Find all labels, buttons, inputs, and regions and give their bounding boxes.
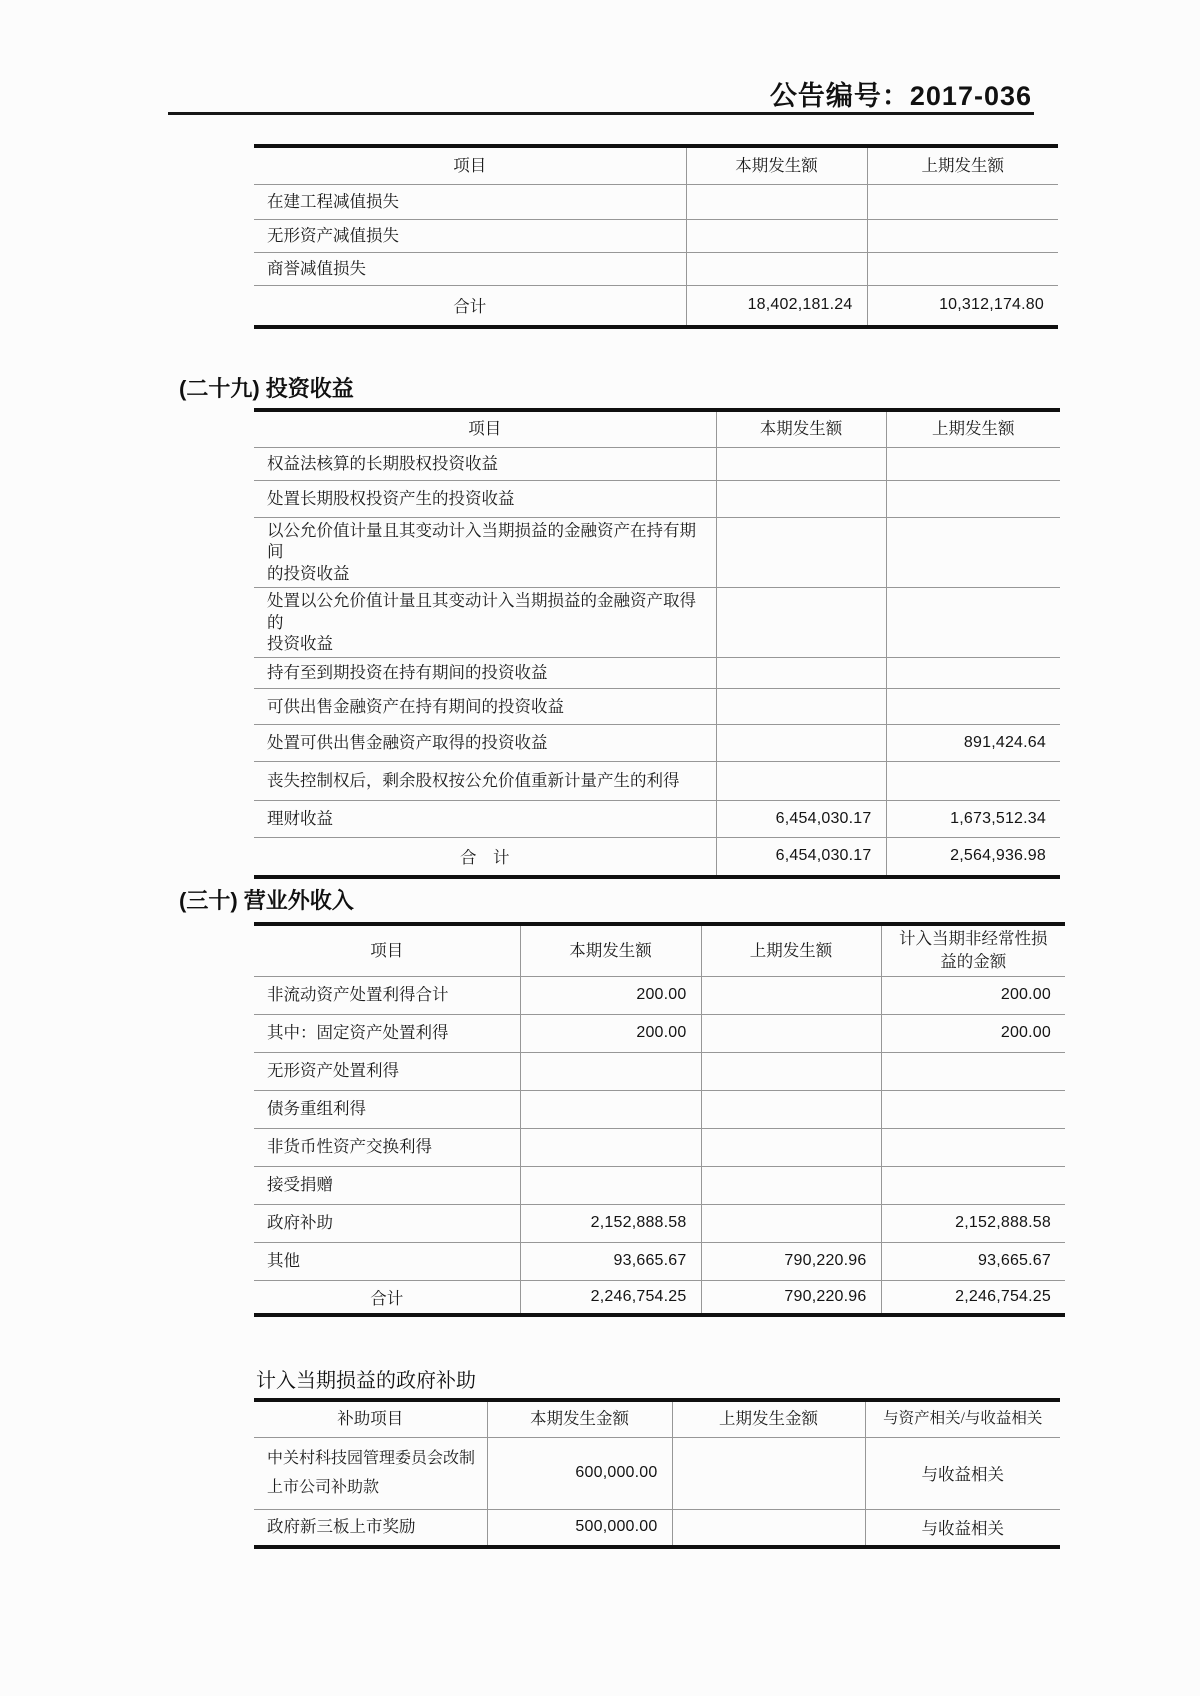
item-cell: 丧失控制权后，剩余股权按公允价值重新计量产生的利得 [254, 762, 716, 801]
amount-current-cell [716, 587, 886, 657]
total-prior-cell: 2,564,936.98 [886, 838, 1060, 877]
table-row: 以公允价值计量且其变动计入当期损益的金融资产在持有期间 的投资收益 [254, 517, 1060, 587]
total-current-cell: 2,246,754.25 [520, 1280, 701, 1315]
table-row: 其他 93,665.67 790,220.96 93,665.67 [254, 1242, 1065, 1280]
investment-income-table: 项目 本期发生额 上期发生额 权益法核算的长期股权投资收益 处置长期股权投资产生… [254, 408, 1060, 879]
column-header-prior: 上期发生额 [886, 410, 1060, 447]
table-header-row: 项目 本期发生额 上期发生额 计入当期非经常性损 益的金额 [254, 924, 1065, 976]
item-cell: 商誉减值损失 [254, 252, 686, 285]
item-cell: 其他 [254, 1242, 520, 1280]
amount-prior-cell: 790,220.96 [701, 1242, 881, 1280]
amount-prior-cell [886, 762, 1060, 801]
nonoperating-income-table: 项目 本期发生额 上期发生额 计入当期非经常性损 益的金额 非流动资产处置利得合… [254, 922, 1065, 1317]
amount-current-cell: 200.00 [520, 976, 701, 1014]
total-current-cell: 18,402,181.24 [686, 285, 867, 327]
amount-current-cell: 93,665.67 [520, 1242, 701, 1280]
amount-current-cell [716, 658, 886, 689]
item-cell: 中关村科技园管理委员会改制 上市公司补助款 [254, 1437, 487, 1509]
amount-prior-cell [886, 517, 1060, 587]
amount-current-cell [716, 480, 886, 517]
table-row: 无形资产处置利得 [254, 1052, 1065, 1090]
item-cell: 持有至到期投资在持有期间的投资收益 [254, 658, 716, 689]
item-cell: 处置可供出售金融资产取得的投资收益 [254, 725, 716, 762]
column-header-nonrecurring: 计入当期非经常性损 益的金额 [881, 924, 1065, 976]
amount-current-cell [716, 447, 886, 480]
table-row: 政府补助 2,152,888.58 2,152,888.58 [254, 1204, 1065, 1242]
column-header-current: 本期发生额 [686, 146, 867, 184]
amount-current-cell [686, 219, 867, 252]
amount-prior-cell [886, 658, 1060, 689]
column-header-current: 本期发生额 [716, 410, 886, 447]
total-prior-cell: 790,220.96 [701, 1280, 881, 1315]
amount-current-cell [716, 517, 886, 587]
announcement-number: 公告编号：2017-036 [0, 74, 1032, 113]
total-current-cell: 6,454,030.17 [716, 838, 886, 877]
total-label-cell: 合计 [254, 285, 686, 327]
table-row: 其中：固定资产处置利得 200.00 200.00 [254, 1014, 1065, 1052]
relation-cell: 与收益相关 [865, 1437, 1060, 1509]
amount-current-cell [520, 1166, 701, 1204]
column-header-relation: 与资产相关/与收益相关 [865, 1400, 1060, 1437]
item-cell: 政府新三板上市奖励 [254, 1509, 487, 1547]
total-label-cell: 合计 [254, 1280, 520, 1315]
table-header-row: 项目 本期发生额 上期发生额 [254, 146, 1058, 184]
amount-nonrecurring-cell [881, 1052, 1065, 1090]
column-header-current: 本期发生额 [520, 924, 701, 976]
table-row: 接受捐赠 [254, 1166, 1065, 1204]
item-cell: 处置以公允价值计量且其变动计入当期损益的金融资产取得的 投资收益 [254, 587, 716, 657]
table-row: 中关村科技园管理委员会改制 上市公司补助款 600,000.00 与收益相关 [254, 1437, 1060, 1509]
amount-current-cell: 600,000.00 [487, 1437, 672, 1509]
amount-prior-cell [701, 976, 881, 1014]
amount-prior-cell [886, 447, 1060, 480]
amount-nonrecurring-cell [881, 1166, 1065, 1204]
table-row: 理财收益 6,454,030.17 1,673,512.34 [254, 801, 1060, 838]
amount-prior-cell [701, 1014, 881, 1052]
subsidy-table: 补助项目 本期发生金额 上期发生金额 与资产相关/与收益相关 中关村科技园管理委… [254, 1398, 1060, 1549]
amount-prior-cell [672, 1509, 865, 1547]
amount-prior-cell [886, 587, 1060, 657]
total-nonrecurring-cell: 2,246,754.25 [881, 1280, 1065, 1315]
item-cell: 接受捐赠 [254, 1166, 520, 1204]
item-cell: 可供出售金融资产在持有期间的投资收益 [254, 689, 716, 725]
amount-current-cell [716, 725, 886, 762]
impairment-table: 项目 本期发生额 上期发生额 在建工程减值损失 无形资产减值损失 商誉减值损失 … [254, 144, 1058, 329]
column-header-item: 项目 [254, 924, 520, 976]
table-row: 可供出售金融资产在持有期间的投资收益 [254, 689, 1060, 725]
document-page: 公告编号：2017-036 项目 本期发生额 上期发生额 在建工程减值损失 无形… [0, 0, 1200, 1696]
amount-nonrecurring-cell: 2,152,888.58 [881, 1204, 1065, 1242]
column-header-current: 本期发生金额 [487, 1400, 672, 1437]
amount-current-cell: 200.00 [520, 1014, 701, 1052]
column-header-subsidy-item: 补助项目 [254, 1400, 487, 1437]
item-cell: 债务重组利得 [254, 1090, 520, 1128]
amount-prior-cell [701, 1090, 881, 1128]
amount-nonrecurring-cell [881, 1090, 1065, 1128]
amount-prior-cell [701, 1166, 881, 1204]
amount-current-cell [686, 252, 867, 285]
relation-cell: 与收益相关 [865, 1509, 1060, 1547]
amount-current-cell [520, 1090, 701, 1128]
item-cell: 处置长期股权投资产生的投资收益 [254, 480, 716, 517]
amount-current-cell [520, 1128, 701, 1166]
amount-prior-cell [867, 219, 1058, 252]
amount-current-cell [716, 762, 886, 801]
table-header-row: 项目 本期发生额 上期发生额 [254, 410, 1060, 447]
item-cell: 在建工程减值损失 [254, 184, 686, 219]
amount-prior-cell [701, 1128, 881, 1166]
item-cell: 政府补助 [254, 1204, 520, 1242]
section-title-30: (三十) 营业外收入 [179, 884, 354, 915]
table-row: 处置可供出售金融资产取得的投资收益 891,424.64 [254, 725, 1060, 762]
table-row: 非货币性资产交换利得 [254, 1128, 1065, 1166]
item-cell: 非货币性资产交换利得 [254, 1128, 520, 1166]
table-row: 政府新三板上市奖励 500,000.00 与收益相关 [254, 1509, 1060, 1547]
table-row: 丧失控制权后，剩余股权按公允价值重新计量产生的利得 [254, 762, 1060, 801]
amount-prior-cell [672, 1437, 865, 1509]
total-row: 合 计 6,454,030.17 2,564,936.98 [254, 838, 1060, 877]
amount-prior-cell: 891,424.64 [886, 725, 1060, 762]
item-cell: 权益法核算的长期股权投资收益 [254, 447, 716, 480]
amount-nonrecurring-cell: 200.00 [881, 1014, 1065, 1052]
amount-current-cell: 500,000.00 [487, 1509, 672, 1547]
amount-current-cell: 6,454,030.17 [716, 801, 886, 838]
column-header-prior: 上期发生额 [701, 924, 881, 976]
table-row: 处置以公允价值计量且其变动计入当期损益的金融资产取得的 投资收益 [254, 587, 1060, 657]
table-row: 商誉减值损失 [254, 252, 1058, 285]
column-header-prior: 上期发生额 [867, 146, 1058, 184]
total-label-cell: 合 计 [254, 838, 716, 877]
table-row: 权益法核算的长期股权投资收益 [254, 447, 1060, 480]
item-cell: 以公允价值计量且其变动计入当期损益的金融资产在持有期间 的投资收益 [254, 517, 716, 587]
item-cell: 无形资产处置利得 [254, 1052, 520, 1090]
amount-prior-cell [867, 184, 1058, 219]
column-header-item: 项目 [254, 410, 716, 447]
item-cell: 非流动资产处置利得合计 [254, 976, 520, 1014]
column-header-prior: 上期发生金额 [672, 1400, 865, 1437]
total-row: 合计 2,246,754.25 790,220.96 2,246,754.25 [254, 1280, 1065, 1315]
amount-prior-cell [886, 689, 1060, 725]
amount-nonrecurring-cell [881, 1128, 1065, 1166]
table-row: 债务重组利得 [254, 1090, 1065, 1128]
table-row: 非流动资产处置利得合计 200.00 200.00 [254, 976, 1065, 1014]
table-header-row: 补助项目 本期发生金额 上期发生金额 与资产相关/与收益相关 [254, 1400, 1060, 1437]
table-row: 无形资产减值损失 [254, 219, 1058, 252]
item-cell: 其中：固定资产处置利得 [254, 1014, 520, 1052]
amount-current-cell [686, 184, 867, 219]
amount-nonrecurring-cell: 93,665.67 [881, 1242, 1065, 1280]
amount-prior-cell [886, 480, 1060, 517]
amount-nonrecurring-cell: 200.00 [881, 976, 1065, 1014]
total-row: 合计 18,402,181.24 10,312,174.80 [254, 285, 1058, 327]
amount-prior-cell [701, 1204, 881, 1242]
item-cell: 理财收益 [254, 801, 716, 838]
table-row: 在建工程减值损失 [254, 184, 1058, 219]
column-header-item: 项目 [254, 146, 686, 184]
subsidy-table-title: 计入当期损益的政府补助 [256, 1364, 476, 1393]
amount-prior-cell [867, 252, 1058, 285]
total-prior-cell: 10,312,174.80 [867, 285, 1058, 327]
table-row: 处置长期股权投资产生的投资收益 [254, 480, 1060, 517]
table-row: 持有至到期投资在持有期间的投资收益 [254, 658, 1060, 689]
amount-current-cell [520, 1052, 701, 1090]
section-title-29: (二十九) 投资收益 [179, 372, 354, 403]
amount-current-cell [716, 689, 886, 725]
amount-prior-cell [701, 1052, 881, 1090]
amount-prior-cell: 1,673,512.34 [886, 801, 1060, 838]
item-cell: 无形资产减值损失 [254, 219, 686, 252]
header-rule [168, 112, 1034, 115]
amount-current-cell: 2,152,888.58 [520, 1204, 701, 1242]
